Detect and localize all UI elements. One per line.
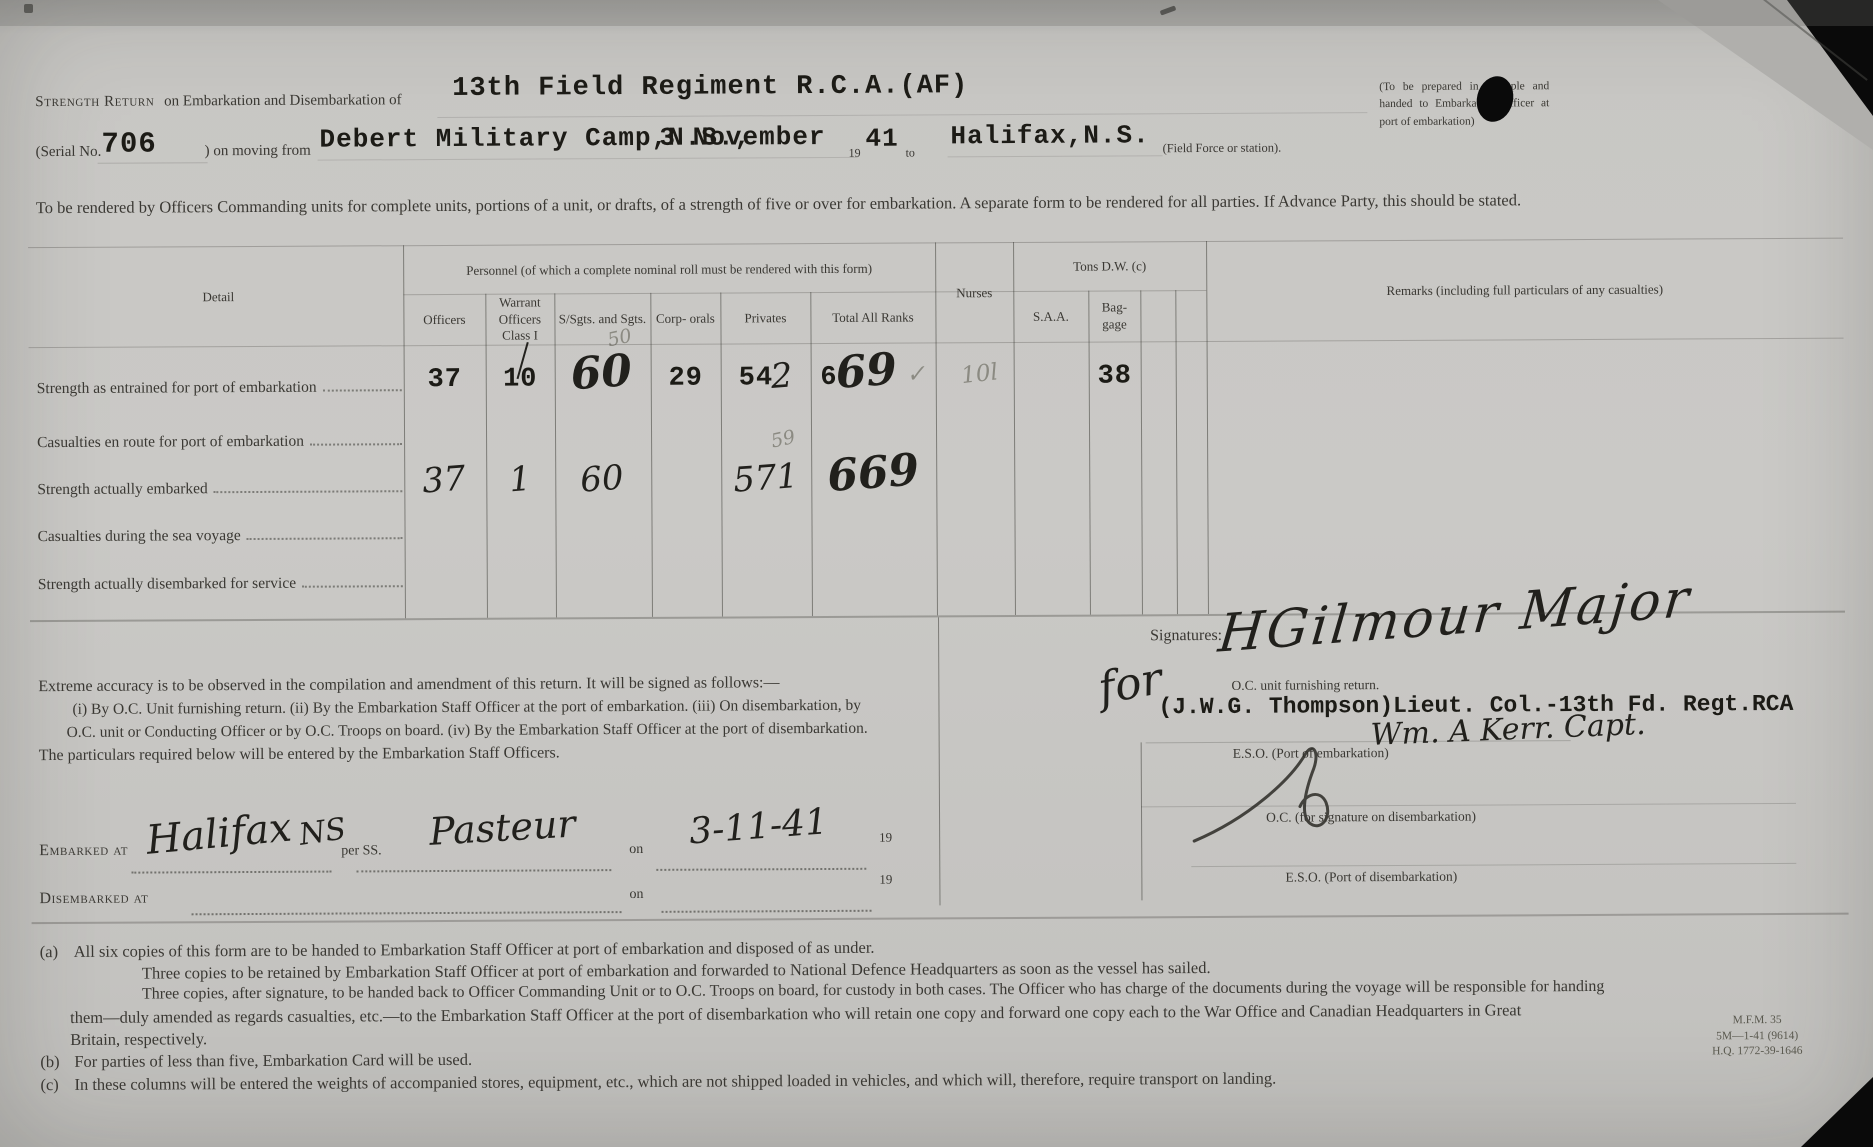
accuracy-line-4: The particulars required below will be e…	[39, 744, 560, 765]
date-typed: 3 November	[659, 122, 825, 153]
unit-name-typed: 13th Field Regiment R.C.A.(AF)	[452, 71, 968, 104]
oc-caption: O.C. unit furnishing return.	[1165, 677, 1445, 694]
accuracy-line-1: Extreme accuracy is to be observed in th…	[38, 674, 779, 696]
rule-line	[1191, 863, 1796, 867]
handwritten-value: 69	[834, 350, 898, 394]
note-a-tag: (a)	[40, 942, 58, 962]
on-label-1: on	[629, 842, 643, 858]
col-header-baggage: Bag- gage	[1088, 294, 1140, 338]
moving-from-label: ) on moving from	[205, 143, 311, 161]
handwritten-value: 1	[508, 464, 532, 496]
imprint-line-2: 5M—1-41 (9614)	[1682, 1028, 1832, 1044]
table-row-label: Strength actually embarked	[37, 479, 404, 499]
table-cell-privates: 542	[721, 344, 811, 392]
typed-value: 38	[1097, 363, 1132, 390]
serial-label: (Serial No.	[36, 144, 102, 161]
pencil-annotation: 59	[768, 426, 796, 453]
prep-note: (To be prepared in sextuple and handed t…	[1379, 78, 1549, 131]
table-cell-nurses: 10l	[936, 343, 1014, 391]
column-line	[1088, 291, 1091, 615]
pencil-mark: 10l	[960, 359, 999, 389]
col-header-nurses: Nurses	[935, 247, 1013, 340]
col-header-sgts: S/Sgts. and Sgts.	[554, 297, 650, 342]
rule-line	[437, 112, 1367, 118]
table-cell-warrant: 1	[486, 447, 555, 495]
table-cell-sgts: 5060	[555, 345, 651, 394]
dotted-leader	[323, 388, 402, 391]
blank-dotted-line	[192, 911, 622, 915]
eso-disembarkation-caption: E.S.O. (Port of disembarkation)	[1181, 868, 1561, 886]
rule-line	[98, 162, 208, 164]
accuracy-line-3: O.C. unit or Conducting Officer or by O.…	[67, 720, 868, 742]
form-imprint: M.F.M. 35 5M—1-41 (9614) H.Q. 1772-39-16…	[1682, 1013, 1832, 1060]
column-line	[938, 617, 941, 905]
note-c-tag: (c)	[40, 1075, 58, 1095]
pencil-mark: ✓	[905, 361, 927, 389]
form-title: Strength Return on Embarkation and Disem…	[35, 92, 401, 111]
note-b-tag: (b)	[40, 1052, 59, 1072]
col-header-detail: Detail	[33, 250, 403, 345]
col-header-saa: S.A.A.	[1013, 295, 1088, 339]
column-line	[650, 293, 653, 617]
dotted-leader	[302, 584, 403, 588]
note-a-line-2: Three copies to be retained by Embarkati…	[142, 958, 1211, 984]
col-header-warrant: Warrant Officers Class I	[485, 297, 554, 341]
row-label-text: Strength as entrained for port of embark…	[37, 379, 317, 398]
table-cell-sgts: 60	[555, 447, 651, 496]
table-cell-officers: 37	[404, 448, 486, 496]
ship-name-handwriting: Pasteur	[428, 802, 577, 854]
blank-dotted-line	[656, 868, 866, 871]
embarked-place-handwriting: Halifax	[144, 805, 293, 864]
embark-date-handwriting: 3-11-41	[688, 801, 830, 852]
form-content: Strength Return on Embarkation and Disem…	[0, 0, 1873, 1147]
column-line	[1175, 290, 1178, 614]
table-cell-total: 669✓	[811, 343, 936, 392]
table-row-label: Casualties during the sea voyage	[38, 526, 405, 546]
col-group-tons: Tons D.W. (c)	[1013, 244, 1206, 289]
note-a-line-5: Britain, respectively.	[70, 1029, 207, 1050]
signatures-label: Signatures:	[1150, 627, 1222, 645]
scanned-form-page: Strength Return on Embarkation and Disem…	[0, 0, 1873, 1147]
imprint-line-3: H.Q. 1772-39-1646	[1682, 1044, 1832, 1060]
column-line	[1140, 290, 1143, 614]
rule-line	[318, 157, 858, 161]
column-line	[1141, 742, 1143, 900]
year-blank-2: 19	[879, 872, 892, 888]
on-label-2: on	[629, 887, 643, 903]
blank-dotted-line	[131, 871, 331, 874]
table-row-label: Casualties en route for port of embarkat…	[37, 432, 404, 452]
form-title-rest: on Embarkation and Disembarkation of	[164, 92, 402, 109]
to-place-typed: Halifax,N.S.	[950, 120, 1149, 151]
table-row-label: Strength actually disembarked for servic…	[38, 574, 405, 594]
accuracy-line-2: (i) By O.C. Unit furnishing return. (ii)…	[72, 697, 861, 719]
dotted-leader	[310, 442, 402, 445]
rule-line	[948, 155, 1163, 157]
station-note: (Field Force or station).	[1163, 141, 1282, 157]
oc-signature-handwriting: HGilmour Major	[1216, 569, 1695, 665]
typed-value: 37	[427, 367, 462, 394]
row-label-text: Strength actually disembarked for servic…	[38, 575, 296, 594]
col-header-privates: Privates	[720, 296, 810, 340]
note-a-line-4: them—duly amended as regards casualties,…	[70, 1000, 1521, 1028]
blank-dotted-line	[356, 869, 611, 872]
table-cell-total: 669	[811, 445, 936, 494]
handwritten-value: 37	[422, 464, 467, 498]
note-a-line-1: All six copies of this form are to be ha…	[74, 938, 875, 962]
oc-disembarkation-scribble	[1189, 745, 1430, 856]
imprint-line-1: M.F.M. 35	[1682, 1013, 1832, 1029]
for-handwriting: for	[1094, 653, 1166, 715]
serial-value: 706	[101, 127, 156, 160]
table-cell-baggage: 38	[1089, 342, 1141, 390]
table-cell-officers: 37	[404, 346, 486, 394]
form-title-smallcaps: Strength Return	[35, 93, 154, 110]
handwritten-value: 669	[825, 451, 920, 497]
col-header-remarks: Remarks (including full particulars of a…	[1206, 243, 1843, 339]
oc-disembarkation-caption: O.C. (for signature on disembarkation)	[1181, 808, 1561, 826]
handwritten-value: 60	[570, 351, 634, 395]
handwritten-value: 2	[770, 361, 794, 393]
embarked-at-label: Embarked at	[39, 842, 128, 860]
per-ss-label: per SS.	[341, 843, 382, 859]
row-label-text: Casualties during the sea voyage	[38, 527, 241, 546]
row-label-text: Strength actually embarked	[37, 480, 208, 499]
handwritten-value: 60	[580, 463, 625, 497]
row-label-text: Casualties en route for port of embarkat…	[37, 433, 304, 452]
note-b-line: For parties of less than five, Embarkati…	[74, 1050, 472, 1072]
stray-mark-2	[24, 4, 33, 13]
disembarked-at-label: Disembarked at	[39, 890, 148, 909]
table-cell-privates: 59571	[721, 446, 811, 494]
note-c-line: In these columns will be entered the wei…	[74, 1069, 1276, 1095]
typed-value: 54	[739, 365, 774, 392]
year-blank-1: 19	[879, 830, 892, 846]
typed-value: 29	[668, 366, 703, 393]
table-cell-warrant: 10	[486, 345, 555, 393]
dotted-leader	[247, 536, 403, 540]
blank-dotted-line	[662, 910, 872, 913]
col-header-corporals: Corp- orals	[650, 297, 720, 341]
col-group-personnel: Personnel (of which a complete nominal r…	[405, 247, 933, 292]
year-typed: 41	[865, 124, 898, 154]
year-prefix: 19	[849, 146, 861, 161]
scan-edge-band	[0, 0, 1873, 26]
table-row-label: Strength as entrained for port of embark…	[37, 378, 404, 398]
col-header-total: Total All Ranks	[810, 295, 935, 340]
to-word: to	[906, 146, 915, 161]
dotted-leader	[214, 489, 403, 493]
intro-paragraph: To be rendered by Officers Commanding un…	[36, 189, 1636, 220]
handwritten-value: 571	[732, 461, 799, 496]
table-cell-corporals: 29	[651, 345, 721, 393]
col-header-officers: Officers	[403, 298, 485, 342]
